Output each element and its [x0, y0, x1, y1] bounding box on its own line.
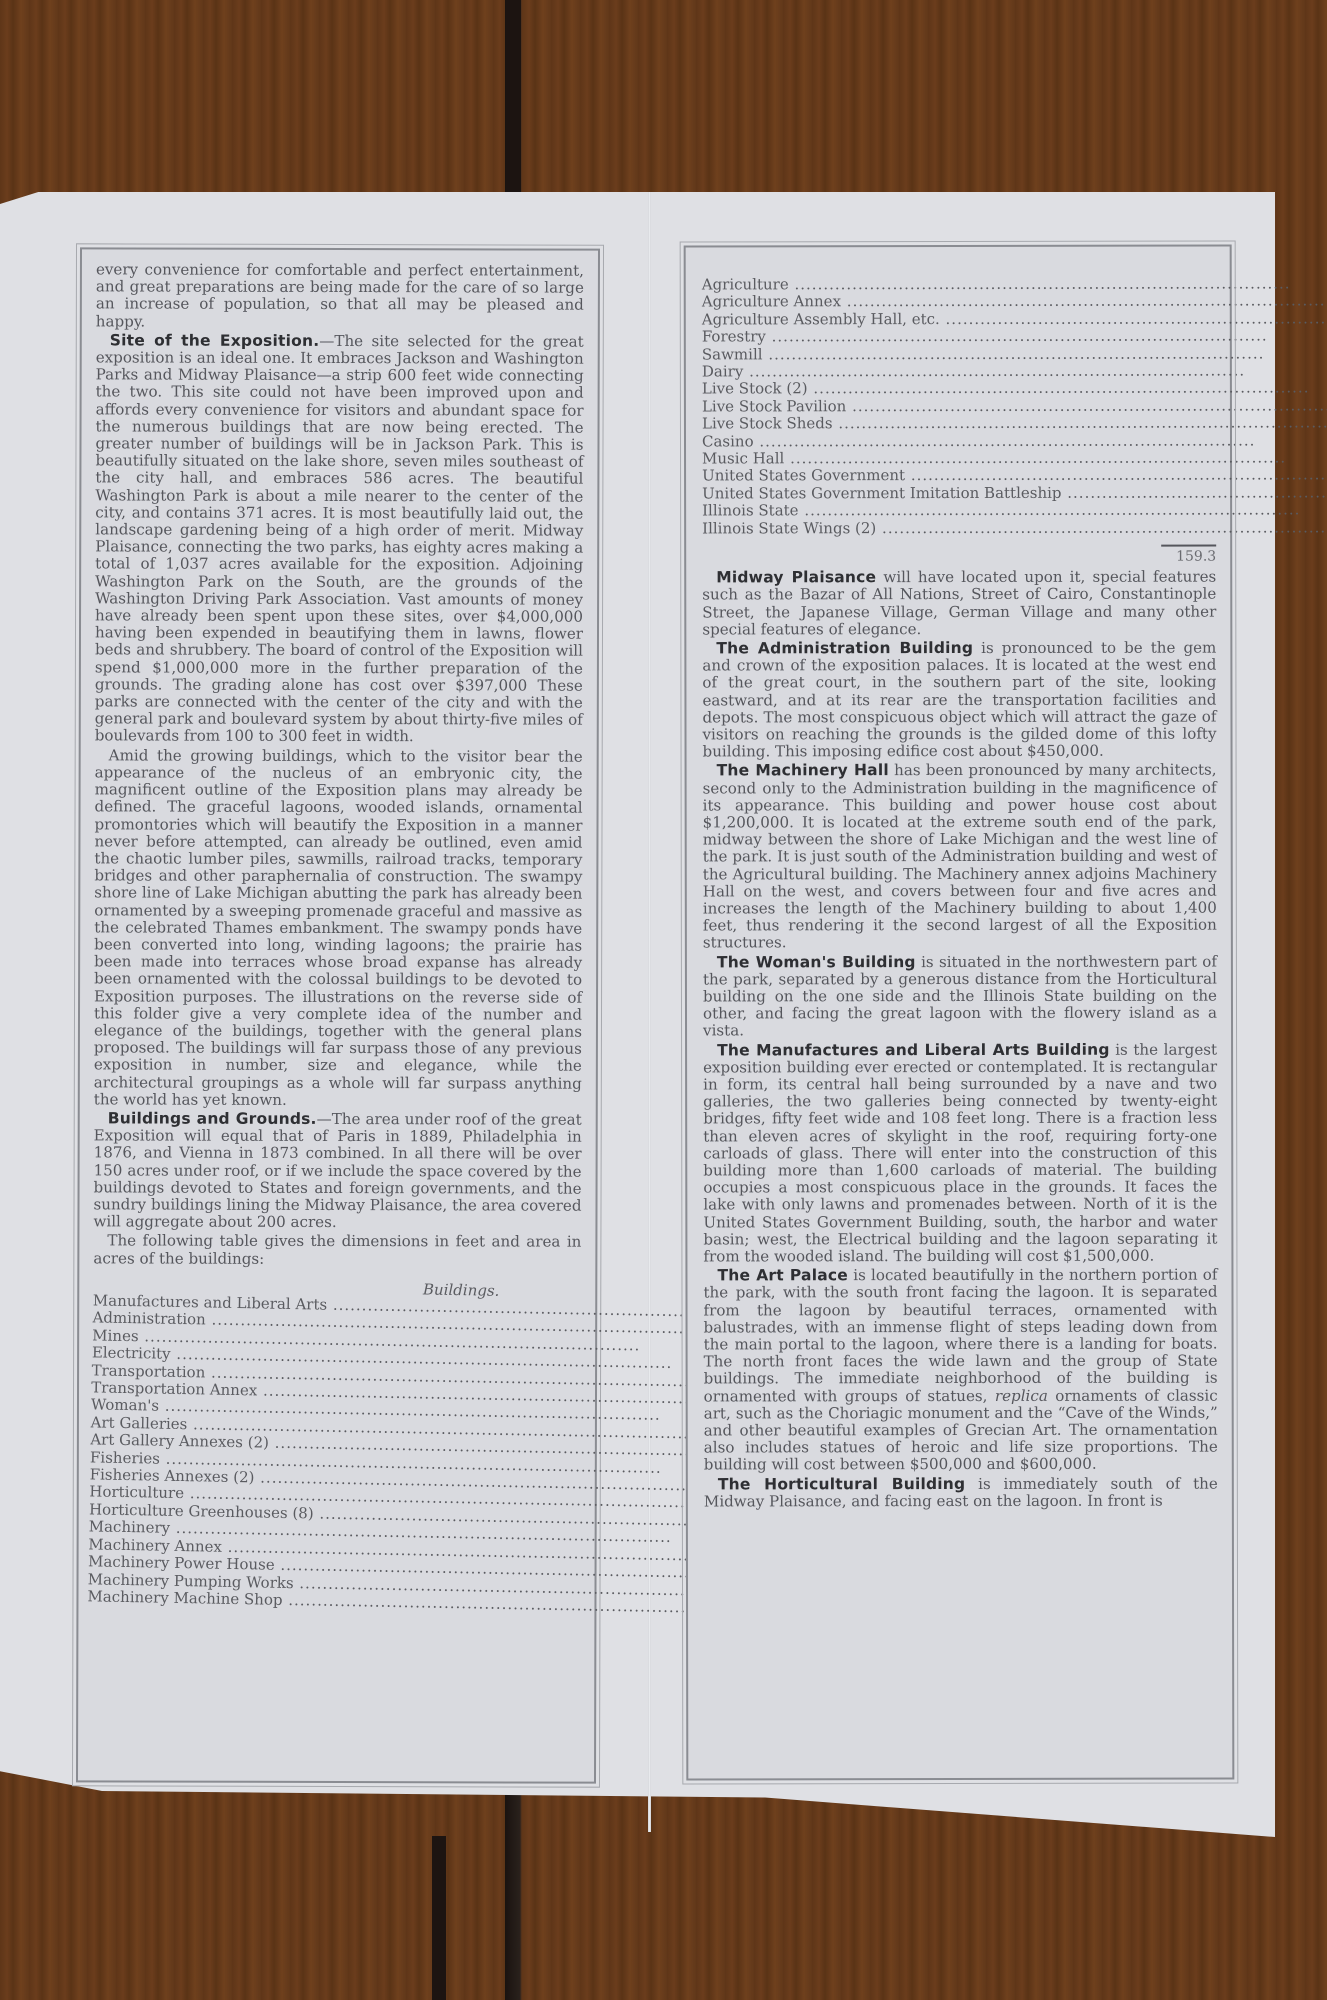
- site-paragraph: Site of the Exposition.—The site selecte…: [95, 332, 584, 746]
- building-name: Forestry: [702, 327, 1327, 346]
- woman-paragraph: The Woman's Building is situated in the …: [703, 953, 1217, 1040]
- buildings-table-right: Dimensions in feet. Area in Acres. Agric…: [702, 257, 1327, 537]
- machinery-heading: The Machinery Hall: [717, 761, 889, 779]
- table-row: Casino120x 250.7: [702, 431, 1327, 450]
- table-row: Agriculture Annex300x 5503.8: [702, 292, 1327, 311]
- building-name: Casino: [702, 432, 1327, 451]
- intro-paragraph: every convenience for comfortable and pe…: [96, 261, 584, 331]
- manufactures-text: is the largest exposition building ever …: [703, 1040, 1217, 1265]
- building-name: Sawmill: [702, 345, 1327, 364]
- building-name: Agriculture Assembly Hall, etc.: [702, 310, 1327, 329]
- table-row: Forestry208x 5282.5: [702, 327, 1327, 346]
- building-name: Illinois State Wings (2): [702, 519, 1327, 538]
- building-name: Agriculture: [702, 275, 1327, 294]
- table-row: United States Government Imitation Battl…: [702, 483, 1327, 502]
- buildings-paragraph: Buildings and Grounds.—The area under ro…: [93, 1110, 581, 1232]
- table-row: Live Stock Pavilion280x 4402.8: [702, 396, 1327, 415]
- amid-paragraph: Amid the growing buildings, which to the…: [94, 747, 583, 1110]
- total-acres: 159.3: [702, 549, 1216, 566]
- left-page: every convenience for comfortable and pe…: [76, 247, 600, 1783]
- buildings-heading: Buildings and Grounds.: [108, 1109, 317, 1128]
- site-text: —The site selected for the great exposit…: [95, 332, 584, 746]
- table-header: Dimensions in feet. Area in Acres.: [702, 257, 1327, 276]
- site-heading: Site of the Exposition.: [110, 331, 320, 350]
- building-name: Agriculture Annex: [702, 292, 1327, 311]
- table-row: United States Government345x 4153.3: [702, 466, 1327, 485]
- table-row: Live Stock (2)65x 200.9: [702, 379, 1327, 398]
- administration-heading: The Administration Building: [716, 639, 973, 657]
- total-rule: [1161, 545, 1216, 547]
- buildings-text: —The area under roof of the great Exposi…: [93, 1110, 581, 1231]
- table-gap: [507, 0, 521, 195]
- table-intro: The following table gives the dimensions…: [93, 1233, 581, 1269]
- manufactures-paragraph: The Manufactures and Liberal Arts Buildi…: [703, 1041, 1217, 1266]
- table-row: Live Stock Sheds......40.0: [702, 414, 1327, 433]
- woman-heading: The Woman's Building: [717, 953, 916, 971]
- building-name: Music Hall: [702, 449, 1327, 468]
- right-page: Dimensions in feet. Area in Acres. Agric…: [684, 245, 1235, 1781]
- table-row: Sawmill125x 300.8: [702, 344, 1327, 363]
- building-name: Live Stock Sheds: [702, 414, 1327, 433]
- art-palace-text-a: is located beautifully in the northern p…: [703, 1266, 1217, 1405]
- table-row: Music Hall120x 250.7: [702, 449, 1327, 468]
- building-name: Illinois State: [702, 501, 1327, 520]
- table-row: Dairy100x 2005: [702, 362, 1327, 381]
- machinery-text: has been pronounced by many architects, …: [703, 761, 1217, 952]
- table-row: Illinois State Wings (2).........3: [702, 518, 1327, 537]
- table-row: Agriculture Assembly Hall, etc.125x 4501…: [702, 309, 1327, 328]
- horticultural-heading: The Horticultural Building: [718, 1475, 966, 1493]
- administration-paragraph: The Administration Building is pronounce…: [702, 639, 1216, 760]
- midway-paragraph: Midway Plaisance will have located upon …: [702, 569, 1216, 639]
- building-name: Live Stock (2): [702, 379, 1327, 398]
- horticultural-paragraph: The Horticultural Building is immediatel…: [704, 1475, 1218, 1510]
- table-gap: [432, 1836, 446, 2000]
- manufactures-heading: The Manufactures and Liberal Arts Buildi…: [717, 1040, 1110, 1059]
- art-palace-heading: The Art Palace: [717, 1266, 848, 1284]
- machinery-paragraph: The Machinery Hall has been pronounced b…: [703, 762, 1217, 952]
- building-name: United States Government Imitation Battl…: [702, 484, 1327, 503]
- table-row: Illinois State160x 4501.7: [702, 501, 1327, 520]
- building-name: Live Stock Pavilion: [702, 397, 1327, 416]
- art-palace-paragraph: The Art Palace is located beautifully in…: [703, 1267, 1217, 1474]
- administration-text: is pronounced to be the gem and crown of…: [702, 638, 1216, 760]
- building-name: Dairy: [702, 362, 1327, 381]
- building-name: United States Government: [702, 466, 1327, 485]
- midway-heading: Midway Plaisance: [716, 568, 876, 586]
- art-palace-italic: replica: [995, 1386, 1048, 1404]
- table-row: Agriculture500x 8009.2: [702, 274, 1327, 293]
